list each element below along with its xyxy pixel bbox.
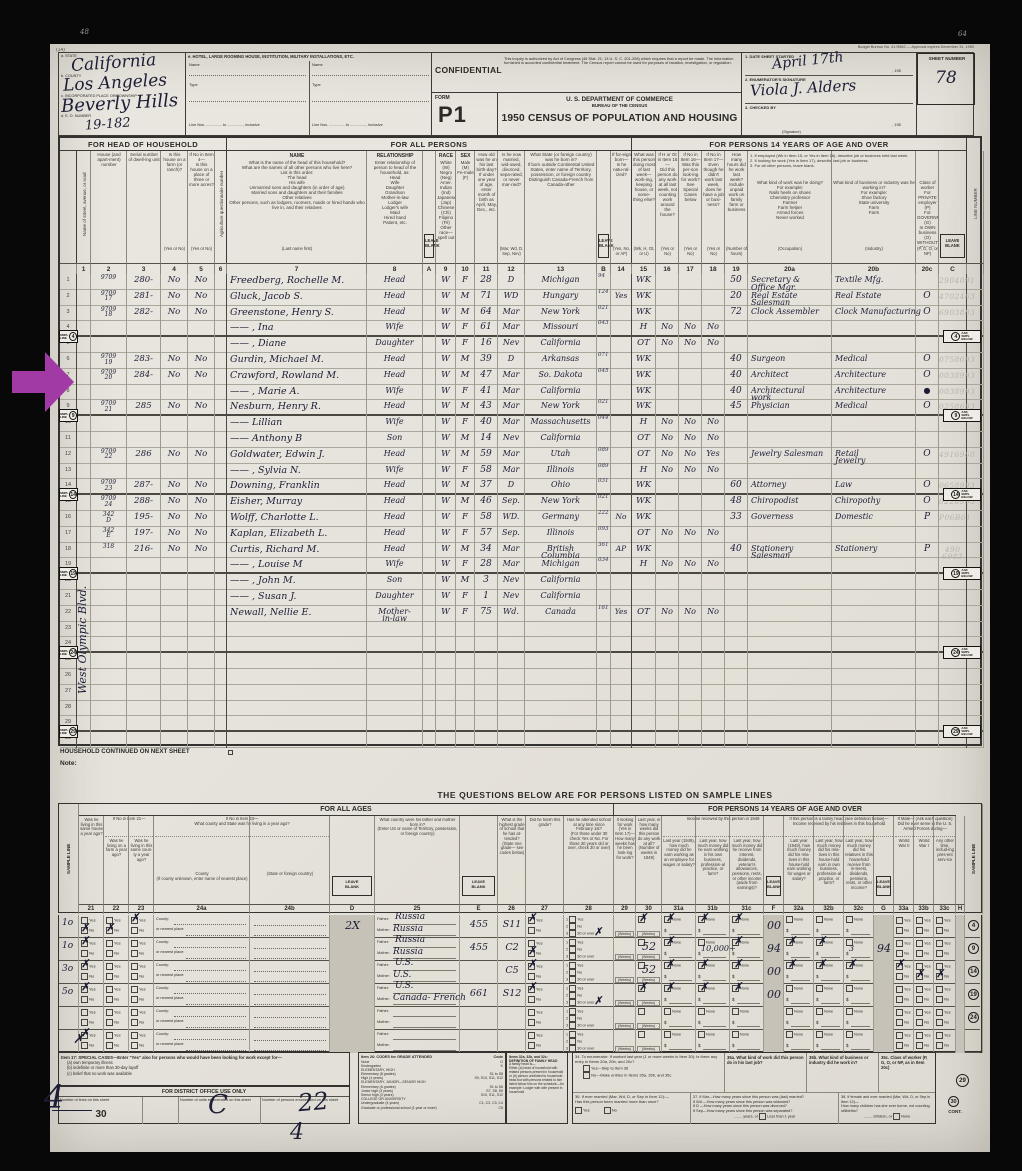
cell-wk [656, 716, 679, 732]
col-num-3: 3 [127, 263, 161, 274]
s-cell-q30: ✗(Weeks) [636, 984, 662, 1007]
nearest-label: or nearest place: [156, 950, 186, 954]
col-par-20a: (Occupation) [749, 246, 831, 251]
uline [851, 980, 870, 981]
opt-28-0: 1 Yes [566, 962, 612, 969]
opt-yes: Yes [131, 1009, 152, 1018]
cell-born: Illinois [525, 527, 597, 543]
col-par-12: (Mar, Wd, D, Sep, Nev) [499, 246, 524, 256]
col-par-5: (Yes or No) [189, 246, 214, 251]
value-cls: O [916, 353, 938, 364]
cell-nm: —— Anthony B [227, 432, 367, 448]
s-cell-q31b: None✗$ [696, 915, 730, 938]
dollar: $ [786, 1043, 789, 1048]
s-cell-q32b: None$ [814, 984, 844, 1007]
cell-ac [188, 732, 215, 748]
s-cell-q33b: Yes No [914, 938, 934, 961]
checkbox [106, 1042, 113, 1049]
signature-hint: (Signature) [782, 130, 801, 134]
cell-born: Illinois [525, 464, 597, 480]
vline [474, 151, 475, 263]
cell-n2 [967, 527, 984, 543]
s-cell-q32c: None$ [844, 1030, 874, 1053]
cell-wk [656, 622, 679, 638]
vline [966, 151, 967, 263]
cell-cls: O [916, 448, 939, 464]
cell-do [632, 590, 656, 606]
value-born: So. Dakota [525, 369, 596, 379]
cell-lk [679, 716, 702, 732]
cell-hs [91, 385, 127, 401]
value-born: New York [525, 306, 596, 316]
cell-cls [916, 416, 939, 432]
uline [254, 1004, 326, 1005]
cell-ind: Medical [832, 400, 916, 416]
s-col-num-26: 26 [498, 904, 526, 914]
cell-ind [832, 321, 916, 337]
dollar: $ [732, 928, 735, 933]
cell-age: 34 [475, 543, 498, 559]
checkbox [569, 939, 576, 946]
cell-born [525, 669, 597, 685]
checkbox [936, 917, 943, 924]
value-mar: WD. [498, 511, 524, 521]
dollar: $ [846, 1020, 849, 1025]
cell-hr [725, 558, 748, 574]
s-cell-q22: Yes No [104, 1007, 129, 1030]
value-ac: No [188, 306, 214, 316]
value-b: 045 [597, 369, 611, 374]
cell-n: 27 [60, 685, 77, 701]
s-cell-q25: Father:Mother:RussiaRussia [375, 938, 460, 961]
cell-hr [725, 337, 748, 353]
cell-mar: Mar [498, 400, 525, 416]
father-value: U.S. [395, 958, 413, 968]
col-num-2: 2 [91, 263, 127, 274]
subspan-4: If Male— (Ask each question) Did he ever… [895, 817, 955, 837]
opt-yes: Yes✗ [81, 986, 102, 995]
vline [813, 816, 814, 904]
col-num-18: 18 [702, 263, 725, 274]
s-cell-d [330, 938, 375, 961]
note-14-over: 1. If employed (Wk in Item 15, or Yes in… [748, 153, 967, 179]
vline [655, 151, 656, 263]
checkbox [569, 969, 576, 976]
cell-wk [656, 353, 679, 369]
cell-cls [916, 716, 939, 732]
value-sex: M [456, 574, 474, 584]
s-cell-q23: Yes No [129, 1007, 154, 1030]
opt-yes: Yes [936, 940, 954, 949]
s-cell-q27: Yes✗ No [526, 984, 564, 1007]
vline [366, 151, 367, 263]
value-fm: No [161, 400, 187, 410]
cell-n2 [967, 464, 984, 480]
cell-age [475, 653, 498, 669]
dollar: $ [816, 928, 819, 933]
value-sex: M [456, 479, 474, 489]
value-c: 0038993 [939, 385, 966, 395]
stamp-circle: 14 [69, 490, 77, 499]
table-row: 22Newall, Nellie E.Mother- in-lawWF75Wd.… [60, 606, 984, 622]
value-born: California [525, 337, 596, 347]
subspan-2: Income received by this person in 1949 [663, 817, 783, 837]
value-n: 11 [60, 432, 76, 441]
value-nm: —— Lillian [227, 416, 369, 427]
table-row: 149709 23287-NoNoDowning, FranklinHeadWM… [60, 479, 984, 495]
cell-age: 58 [475, 464, 498, 480]
value-age: 14 [475, 432, 497, 443]
s-cell-q24b [250, 984, 330, 1007]
cell-wk: No [656, 321, 679, 337]
cell-c: 6903883 [939, 306, 967, 322]
vline [729, 816, 730, 904]
s-cell-d [330, 961, 375, 984]
col-question-20b: What kind of business or industry was he… [833, 180, 915, 247]
dollar: $ [816, 974, 819, 979]
cell-ac: No [188, 479, 215, 495]
value-fm: No [161, 369, 187, 379]
cell-rel: Head [367, 369, 423, 385]
cell-sex: F [456, 321, 475, 337]
none-row: None [786, 1031, 812, 1039]
cell-nm: Newall, Nellie E. [227, 606, 367, 622]
cell-hs [91, 416, 127, 432]
cell-wk: No [656, 464, 679, 480]
codes-line-value: C5 [499, 1106, 503, 1110]
s-col-num-E: E [460, 904, 498, 914]
s-cell-q21: Yes No [79, 1007, 104, 1030]
value-rel: Head [367, 274, 422, 284]
cell-fm: No [161, 495, 188, 511]
cell-ac: No [188, 400, 215, 416]
cell-sex: M [456, 574, 475, 590]
cell-born: Arkansas [525, 353, 597, 369]
cell-fm [161, 622, 188, 638]
cell-mar: Nev [498, 574, 525, 590]
cell-born: Utah [525, 448, 597, 464]
cell-nm [227, 622, 367, 638]
s-cell-q33b: Yes No [914, 984, 934, 1007]
col-num-9: 9 [436, 263, 456, 274]
cell-lk: No [679, 558, 702, 574]
value-mar: Mar [498, 385, 524, 395]
value-mar: Nev [498, 590, 524, 600]
cell-rel: Head [367, 511, 423, 527]
col-par-18: (Yes or No) [703, 246, 724, 256]
opt-28-2: 3 30 or over [566, 1022, 612, 1029]
cell-do [632, 716, 656, 732]
value-born: Arkansas [525, 353, 596, 363]
stamp-circle: 19 [951, 569, 960, 578]
checkbox [936, 1009, 943, 1016]
cell-hs: 9709 [91, 274, 127, 290]
value-ac: No [188, 353, 214, 363]
father-label: Father: [377, 1032, 389, 1036]
col-question-7: What is the name of the head of this hou… [228, 160, 366, 255]
cell-jb [702, 637, 725, 653]
codes-line: Graduate or professional school (1 year … [361, 1106, 503, 1110]
checkbox [916, 927, 923, 934]
cell-a [423, 274, 436, 290]
col-question-17: If No in Item 16— Was this per-son look-… [680, 152, 701, 247]
cell-nat [611, 732, 632, 748]
cell-race: W [436, 353, 456, 369]
value-do: WK [632, 306, 655, 316]
value-nm: —— , John M. [227, 574, 369, 585]
value-race: W [436, 527, 455, 537]
father-label: Father: [377, 1009, 389, 1013]
stamp-text: SMPL LINE [60, 729, 68, 735]
cell-a [423, 495, 436, 511]
dollar: $ [732, 951, 735, 956]
value-age: 57 [475, 527, 497, 538]
form-label: FORM [435, 95, 450, 101]
cell-wk [656, 543, 679, 559]
cell-occ [748, 622, 832, 638]
value-race: W [436, 321, 455, 331]
opt-no: No [528, 1019, 562, 1028]
opt-yes: Yes [896, 1032, 912, 1041]
s-cell-q28: 1 Yes2 No3 30 or over [564, 1007, 614, 1030]
s-cell-q24b [250, 1007, 330, 1030]
s-col-question-28: Has he attended school at any time since… [565, 818, 613, 900]
cell-fm: No [161, 400, 188, 416]
dollar: $ [786, 1020, 789, 1025]
value-hr: 40 [725, 369, 747, 380]
checkbox [106, 963, 113, 970]
x-mark: ✗ [700, 983, 709, 994]
opt-yes: Yes [106, 986, 127, 995]
cell-c: 2904091 [939, 274, 967, 290]
cell-wk: No [656, 432, 679, 448]
value-do: OT [632, 337, 655, 347]
s-col-num-H: H [956, 904, 965, 914]
col-question-10: Male (M) Fe-male (F) [457, 160, 474, 255]
cell-sn [127, 701, 161, 717]
cell-a [423, 637, 436, 653]
value-do: WK [632, 353, 655, 363]
checked-suffix: , 195 [892, 123, 901, 127]
opt-no: No [916, 1019, 932, 1028]
none-row: None [816, 985, 842, 993]
cell-ac [188, 701, 215, 717]
table-row: 4—— , InaWifeWF61MarMissouri043HNoNoNo [60, 321, 984, 337]
cell-fm [161, 716, 188, 732]
checkbox [528, 927, 535, 934]
value-occ: Attorney [748, 479, 834, 489]
opt-yes: Yes [896, 986, 912, 995]
cell-mar: Mar [498, 448, 525, 464]
checkbox [131, 1019, 138, 1026]
sample-row: 3o Yes✗ No Yes No Yes NoCounty:or neares… [59, 961, 980, 984]
opt-no: No✗ [936, 973, 954, 982]
uline [791, 1026, 810, 1027]
x-mark: ✗ [528, 983, 537, 994]
value-c: 490 6983 [939, 543, 966, 560]
vline [783, 816, 784, 904]
cell-age [475, 622, 498, 638]
value-c: 2904091 [939, 274, 966, 284]
checkbox [638, 1008, 645, 1015]
cell-hs [91, 574, 127, 590]
pencil-mark-right: 64 [958, 30, 967, 38]
opt-yes: Yes [936, 1032, 954, 1041]
footer-band: Item 17: SPECIAL CASES—Enter "Yes" also … [58, 1052, 982, 1146]
s-cell-q32a: None✗$ [784, 961, 814, 984]
cell-nat [611, 574, 632, 590]
cell-n2 [967, 590, 984, 606]
cell-do [632, 701, 656, 717]
opt-no: No [936, 927, 954, 936]
mother-value: Russia [393, 947, 423, 957]
x-mark: ✗ [81, 960, 90, 971]
x-mark: ✗ [700, 960, 709, 971]
value-nm: Gurdin, Michael M. [227, 353, 369, 364]
vline [497, 816, 498, 904]
s-cell-q32b: None$ [814, 915, 844, 938]
s-cell-e: 455 [460, 915, 498, 938]
stamp-circle: 4 [951, 332, 960, 341]
cell-do: WK [632, 400, 656, 416]
cell-rel [367, 701, 423, 717]
cell-rel: Wife [367, 385, 423, 401]
cell-mar [498, 653, 525, 669]
none-row: ✗ [638, 985, 660, 992]
s-cell-q32c: None$ [844, 1007, 874, 1030]
cell-rel: Head [367, 400, 423, 416]
opt-no: No [106, 1019, 127, 1028]
x-mark: ✗ [594, 997, 603, 1008]
col-par-20b: (Industry) [833, 246, 915, 251]
cell-hr [725, 732, 748, 748]
s-col-num-32c: 32c [844, 904, 874, 914]
cell-born [525, 685, 597, 701]
s-cell-q31c: None✗$ [730, 915, 764, 938]
opt-yes: Yes [106, 940, 127, 949]
cell-do: WK [632, 495, 656, 511]
cell-born: Michigan [525, 274, 597, 290]
checkbox [916, 1009, 923, 1016]
cell-ag [215, 669, 227, 685]
cell-wk [656, 685, 679, 701]
cell-ac [188, 321, 215, 337]
cell-hs [91, 716, 127, 732]
cell-sn: 286 [127, 448, 161, 464]
cell-occ [748, 337, 832, 353]
cell-sn [127, 716, 161, 732]
none-row: None✗ [786, 939, 812, 947]
value-born: Hungary [525, 290, 596, 300]
none-row: None✗ [698, 985, 728, 993]
s-cell-q28: 1 Yes2 No3 30 or over✗ [564, 915, 614, 938]
value-occ: Physician [748, 400, 834, 410]
s-col-question-30: Last year, in how many weeks did this pe… [637, 818, 661, 900]
table-row: 16342 D195-NoNoWolff, Charlotte L.HeadWF… [60, 511, 984, 527]
cell-wk [656, 479, 679, 495]
sample-line-circle: 9 [968, 943, 979, 954]
cell-wk [656, 385, 679, 401]
cell-b [597, 622, 611, 638]
col-num-6: 6 [215, 263, 227, 274]
s-cell-q32c: None$3 [844, 938, 874, 961]
table-row: 29709 17281-NoNoGluck, Jacob S.HeadWM71W… [60, 290, 984, 306]
item-38: 38. If female and ever married (Mar, Wd,… [839, 1093, 935, 1124]
cell-ag [215, 416, 227, 432]
cell-c [939, 464, 967, 480]
cell-n2 [967, 290, 984, 306]
value-sex: F [456, 590, 474, 600]
value-nat: No [611, 511, 631, 520]
table-row: 10—— LillianWifeWF40MarMassachusetts044H… [60, 416, 984, 432]
cell-occ [748, 637, 832, 653]
item-36-opt: Yes [575, 1107, 590, 1114]
s-cell-q24b [250, 915, 330, 938]
cell-cls [916, 701, 939, 717]
uline [254, 971, 326, 972]
cell-lk: No [679, 448, 702, 464]
cell-do [632, 685, 656, 701]
value-rel: Head [367, 290, 422, 300]
cell-cls: P [916, 511, 939, 527]
value-born: California [525, 385, 596, 395]
col-question-13: What State (or foreign country) was he b… [526, 152, 596, 247]
opt-yes: Yes [916, 986, 932, 995]
cell-do: WK [632, 353, 656, 369]
cell-fm [161, 590, 188, 606]
uline [669, 1049, 692, 1050]
value-ind: Textile Mfg. [832, 274, 918, 284]
table-row: 18318216-NoNoCurtis, Richard M.HeadWM34M… [60, 543, 984, 559]
cell-ag [215, 274, 227, 290]
opt-no: No [528, 973, 562, 982]
checkbox [106, 986, 113, 993]
cell-nat [611, 669, 632, 685]
s-cell-sl1: 4 [965, 915, 983, 938]
cell-ag [215, 495, 227, 511]
s-cell-q31a: None✗$ [662, 915, 696, 938]
cell-ind [832, 416, 916, 432]
s-cell-q21: Yes✗ No [79, 961, 104, 984]
cell-do: OT [632, 432, 656, 448]
none-row [638, 1031, 660, 1038]
stamp-circle: 19 [69, 569, 77, 578]
x-mark: ✗ [818, 937, 827, 948]
dollar: $ [846, 974, 849, 979]
value-mar: Mar [498, 464, 524, 474]
s-cell-q22: Yes No✗ [104, 915, 129, 938]
value-wk: No [656, 416, 678, 426]
cell-rel [367, 685, 423, 701]
s-cell-d [330, 1007, 375, 1030]
hand-22: 22 [297, 1087, 330, 1118]
cell-age: 40 [475, 416, 498, 432]
stamp-circle: 14 [951, 490, 960, 499]
uline [737, 1026, 760, 1027]
cell-ag [215, 685, 227, 701]
value-nm: Downing, Franklin [227, 479, 369, 490]
cell-wk [656, 637, 679, 653]
s-cell-q27: Yes No✗ [526, 938, 564, 961]
dollar: $ [732, 1020, 735, 1025]
cell-hs [91, 558, 127, 574]
cell-do [632, 669, 656, 685]
cell-occ [748, 685, 832, 701]
cell-born: Canada [525, 606, 597, 622]
value-c: 0758693 [939, 353, 966, 363]
s-cell-q22: Yes No [104, 938, 129, 961]
table-row: 29 [60, 716, 984, 732]
